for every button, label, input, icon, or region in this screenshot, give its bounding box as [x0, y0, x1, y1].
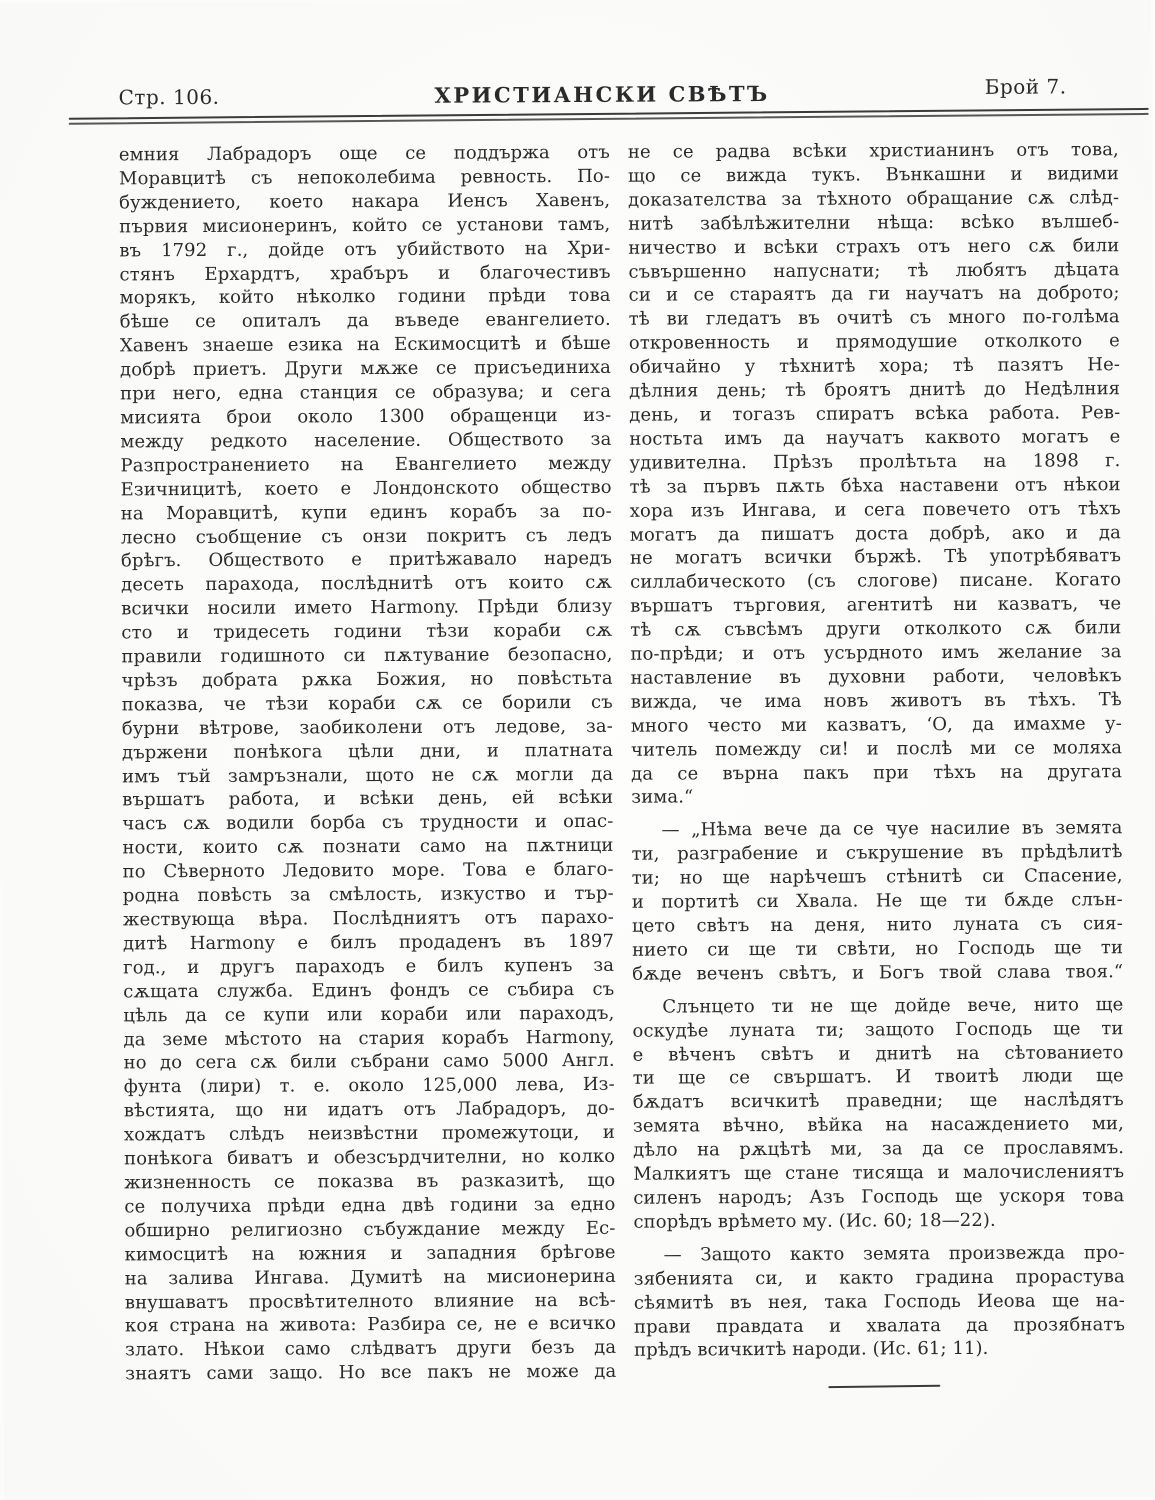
text-line: стянъ Ерхардтъ, храбъръ и благочестивъ [119, 260, 610, 286]
text-line: злато. Нѣкои само слѣдватъ други безъ да [125, 1336, 616, 1362]
text-line: тѣ сѫ съвсѣмъ други отколкото сѫ били [630, 616, 1121, 642]
text-line: знаятъ сами защо. Но все пакъ не може да [125, 1360, 616, 1386]
paragraph: не се радва всѣки христианинъ отъ това,щ… [628, 138, 1122, 810]
text-line: е вѣченъ свѣтъ и днитѣ на сѣтованието [633, 1041, 1124, 1067]
text-line: могатъ да пишатъ доста добрѣ, ако и да [630, 521, 1121, 547]
text-line: ти; но ще нарѣчешъ стѣнитѣ си Спасение, [632, 864, 1123, 890]
text-line: правили годишното си пѫтувание безопасно… [121, 643, 612, 669]
text-line: нието си ще ти свѣти, но Господь ще ти [632, 936, 1123, 962]
text-line: и портитѣ си Хвала. Не ще ти бѫде слън- [632, 888, 1123, 914]
text-line: фунта (лири) т. е. около 125,000 лева, И… [124, 1073, 615, 1099]
issue-number-label: Брой 7. [985, 74, 1119, 99]
text-line: дѣлния день; тѣ броятъ днитѣ до Недѣлния [629, 377, 1120, 403]
text-line: тѣ ви гледатъ въ очитѣ съ много по-голѣм… [629, 305, 1120, 331]
text-line: имъ тъй замръзнали, щото не сѫ могли да [122, 762, 613, 788]
article-body: емния Лабрадоръ още се поддържа отъМорав… [119, 138, 1125, 1386]
text-line: Малкиятъ ще стане тисяща и малочисленият… [633, 1160, 1124, 1186]
text-line: год., и другъ параходъ е билъ купенъ за [123, 954, 614, 980]
right-column: не се радва всѣки христианинъ отъ това,щ… [628, 138, 1126, 1384]
text-line: жествующа вѣра. Послѣдниятъ отъ парахо- [123, 906, 614, 932]
text-line: лесно съобщение съ онзи покритъ съ ледъ [121, 523, 612, 549]
text-line: коя страна на живота: Разбира се, не е в… [125, 1312, 616, 1338]
text-line: първия мисионеринъ, който се установи та… [119, 213, 610, 239]
text-line: цето свѣтъ на деня, нито луната съ сия- [632, 912, 1123, 938]
publication-title: ХРИСТИАНСКИ СВѢТЪ [219, 80, 984, 109]
paragraph: — Защото както земята произвежда про-зяб… [634, 1241, 1126, 1363]
text-line: ти, разграбение и съкрушение въ прѣдѣлит… [631, 840, 1122, 866]
paragraph: — „Нѣма вече да се чуе насилие въ земята… [631, 817, 1123, 987]
text-line: не могатъ всички бържѣ. Тѣ употрѣбяватъ [630, 545, 1121, 571]
text-line: на Моравцитѣ, купи единъ корабъ за по- [121, 499, 612, 525]
text-line: ничество и всѣки страхъ отъ него сѫ били [628, 234, 1119, 260]
text-line: ти ще се свършатъ. И твоитѣ люди ще [633, 1065, 1124, 1091]
text-line: оскудѣе луната ти; защото Господь ще ти [632, 1017, 1123, 1043]
text-line: хождатъ слѣдъ неизвѣстни промежутоци, и [124, 1121, 615, 1147]
text-line: бурни вѣтрове, заобиколени отъ ледове, з… [122, 715, 613, 741]
text-line: цѣль да се купи или кораби или параходъ, [123, 1001, 614, 1027]
text-line: брѣгъ. Обществото е притѣжавало наредъ [121, 547, 612, 573]
text-line: чрѣзъ добрата рѫка Божия, но повѣстьта [122, 667, 613, 693]
text-line: ности, които сѫ познати само на пѫтници [122, 834, 613, 860]
text-line: наставление въ духовни работи, человѣкъ [631, 664, 1122, 690]
paragraph: емния Лабрадоръ още се поддържа отъМорав… [119, 141, 617, 1387]
text-line: между редкото население. Обществото за [120, 428, 611, 454]
text-line: дѣло на рѫцѣтѣ ми, за да се прославямъ. [633, 1136, 1124, 1162]
text-line: прѣдъ всичкитѣ народи. (Ис. 61; 11). [634, 1337, 1125, 1363]
text-line: си и се стараятъ да ги научатъ на доброт… [629, 282, 1120, 308]
text-line: бѫде веченъ свѣтъ, и Богъ твой слава тво… [632, 960, 1123, 986]
text-line: буждението, което накара Иенсъ Хавенъ, [119, 189, 610, 215]
text-line: Езичницитѣ, което е Лондонското общество [121, 476, 612, 502]
text-line: но до сега сѫ били събрани само 5000 Анг… [124, 1049, 615, 1075]
text-line: на залива Ингава. Думитѣ на мисионерина [125, 1264, 616, 1290]
page-number-label: Стр. 106. [119, 85, 220, 110]
text-line: доказателства за тѣхното обращание сѫ сл… [628, 186, 1119, 212]
text-line: обичайно у тѣхнитѣ хора; тѣ пазятъ Не- [629, 353, 1120, 379]
text-line: спорѣдъ врѣмето му. (Ис. 60; 18—22). [633, 1208, 1124, 1234]
text-line: вѣстията, що ни идатъ отъ Лабрадоръ, до- [124, 1097, 615, 1123]
text-line: внушаватъ просвѣтителното влияние на всѣ… [125, 1288, 616, 1314]
text-line: понѣкога биватъ и обезсърдчителни, но ко… [124, 1145, 615, 1171]
newspaper-page: Стр. 106. ХРИСТИАНСКИ СВѢТЪ Брой 7. емни… [0, 0, 1155, 1500]
text-line: жизненность се показва въ разказитѣ, що [124, 1169, 615, 1195]
text-line: добрѣ приетъ. Други мѫже се присъединиха [120, 356, 611, 382]
text-line: зима.“ [631, 784, 1122, 810]
text-line: емния Лабрадоръ още се поддържа отъ [119, 141, 610, 167]
text-line: много често ми казватъ, ‘О, да имахме у- [631, 712, 1122, 738]
text-line: читель помежду си! и послѣ ми се моляха [631, 736, 1122, 762]
text-line: по Сѣверното Ледовито море. Това е благо… [123, 858, 614, 884]
text-line: десеть парахода, послѣднитѣ отъ които сѫ [121, 571, 612, 597]
text-line: сѫщата служба. Единъ фондъ се събира съ [123, 978, 614, 1004]
text-line: всички носили името Harmony. Прѣди близу [121, 595, 612, 621]
text-line: силлабическото (съ слогове) писане. Кога… [630, 568, 1121, 594]
text-line: Разпространението на Евангелието между [120, 452, 611, 478]
text-line: удивителна. Прѣзъ пролѣтьта на 1898 г. [629, 449, 1120, 475]
text-line: вижда, че има новъ животъ въ тѣхъ. Тѣ [631, 688, 1122, 714]
text-line: кимосцитѣ на южния и западния брѣгове [125, 1240, 616, 1266]
text-line: день, и тогазъ спиратъ всѣка работа. Рев… [629, 401, 1120, 427]
text-line: — „Нѣма вече да се чуе насилие въ земята [631, 817, 1122, 843]
text-line: силенъ народъ; Азъ Господь ще ускоря тов… [633, 1184, 1124, 1210]
text-line: Моравцитѣ съ непоколебима ревность. По- [119, 165, 610, 191]
text-line: да земе мѣстото на стария корабъ Harmony… [123, 1025, 614, 1051]
text-line: се получиха прѣди една двѣ години за едн… [124, 1193, 615, 1219]
text-line: хора изъ Ингава, и сега повечето отъ тѣх… [630, 497, 1121, 523]
text-line: мисията брои около 1300 обращенци из- [120, 404, 611, 430]
text-line: родна повѣсть за смѣлость, изкуство и тъ… [123, 882, 614, 908]
text-line: земята вѣчно, вѣйка на насаждението ми, [633, 1112, 1124, 1138]
text-line: прави правдата и хвалата да прозябнатъ [634, 1313, 1125, 1339]
text-line: да се върна пакъ при тѣхъ на другата [631, 760, 1122, 786]
text-line: сто и тридесеть години тѣзи кораби сѫ [121, 619, 612, 645]
paragraph: Слънцето ти не ще дойде вече, нито щеоск… [632, 993, 1124, 1235]
text-line: не се радва всѣки христианинъ отъ това, [628, 138, 1119, 164]
text-line: въ 1792 г., дойде отъ убийството на Хри- [119, 236, 610, 262]
text-line: държени понѣкога цѣли дни, и платната [122, 738, 613, 764]
text-line: по-прѣди; и отъ усърдното имъ желание за [630, 640, 1121, 666]
text-line: морякъ, който нѣколко години прѣди това [120, 284, 611, 310]
text-line: що се вижда тукъ. Вънкашни и видими [628, 162, 1119, 188]
text-line: при него, една станция се образува; и се… [120, 380, 611, 406]
text-line: обширно религиозно събуждание между Ес- [124, 1217, 615, 1243]
text-line: — Защото както земята произвежда про- [634, 1241, 1125, 1267]
text-line: вършатъ работа, и всѣки день, ей всѣки [122, 786, 613, 812]
text-line: бѣше се опиталъ да въведе евангелието. [120, 308, 611, 334]
left-column: емния Лабрадоръ още се поддържа отъМорав… [119, 141, 617, 1387]
text-line: часъ сѫ водили борба съ трудности и опас… [122, 810, 613, 836]
text-line: зябенията си, и както градина прорастува [634, 1265, 1125, 1291]
text-line: сѣямитѣ въ нея, така Господь Иеова ще на… [634, 1289, 1125, 1315]
text-line: тѣ за първъ пѫть бѣха наставени отъ нѣко… [630, 473, 1121, 499]
text-line: дитѣ Harmony е билъ продаденъ въ 1897 [123, 930, 614, 956]
text-line: показва, че тѣзи кораби сѫ се борили съ [122, 691, 613, 717]
text-line: съвършенно напуснати; тѣ любятъ дѣцата [628, 258, 1119, 284]
text-line: Слънцето ти не ще дойде вече, нито ще [632, 993, 1123, 1019]
text-line: нитѣ забѣлѣжителни нѣща: всѣко вълшеб- [628, 210, 1119, 236]
section-end-rule [828, 1385, 940, 1388]
text-line: Хавенъ знаеше езика на Ескимосцитѣ и бѣш… [120, 332, 611, 358]
text-line: ностьта имъ да научатъ каквото могатъ е [629, 425, 1120, 451]
text-line: вършатъ търговия, агентитѣ ни казватъ, ч… [630, 592, 1121, 618]
text-line: бѫдатъ всичкитѣ праведни; ще наслѣдятъ [633, 1088, 1124, 1114]
text-line: откровенность и прямодушие отколкото е [629, 329, 1120, 355]
